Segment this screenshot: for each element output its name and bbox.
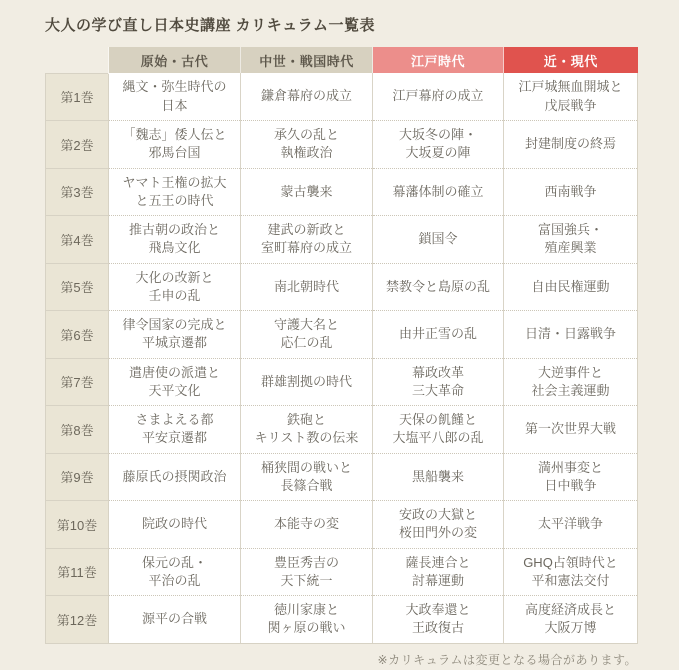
topic-cell: 推古朝の政治と飛鳥文化 bbox=[109, 216, 241, 264]
topic-cell: 高度経済成長と大阪万博 bbox=[504, 596, 638, 644]
table-body: 第1巻縄文・弥生時代の日本鎌倉幕府の成立江戸幕府の成立江戸城無血開城と戊辰戦争第… bbox=[46, 73, 638, 643]
topic-cell: 蒙古襲来 bbox=[241, 168, 373, 216]
topic-cell: 安政の大獄と桜田門外の変 bbox=[373, 501, 504, 549]
volume-label: 第8巻 bbox=[46, 406, 109, 454]
topic-cell: GHQ占領時代と平和憲法交付 bbox=[504, 548, 638, 596]
volume-label: 第1巻 bbox=[46, 73, 109, 121]
table-row: 第4巻推古朝の政治と飛鳥文化建武の新政と室町幕府の成立鎖国令富国強兵・殖産興業 bbox=[46, 216, 638, 264]
footnote: ※カリキュラムは変更となる場合があります。 bbox=[45, 651, 637, 668]
volume-label: 第9巻 bbox=[46, 453, 109, 501]
topic-cell: 富国強兵・殖産興業 bbox=[504, 216, 638, 264]
table-row: 第12巻源平の合戦徳川家康と関ヶ原の戦い大政奉還と王政復古高度経済成長と大阪万博 bbox=[46, 596, 638, 644]
corner-cell bbox=[46, 47, 109, 73]
table-row: 第2巻「魏志」倭人伝と邪馬台国承久の乱と執権政治大坂冬の陣・大坂夏の陣封建制度の… bbox=[46, 121, 638, 169]
table-row: 第10巻院政の時代本能寺の変安政の大獄と桜田門外の変太平洋戦争 bbox=[46, 501, 638, 549]
table-row: 第5巻大化の改新と壬申の乱南北朝時代禁教令と島原の乱自由民権運動 bbox=[46, 263, 638, 311]
topic-cell: 自由民権運動 bbox=[504, 263, 638, 311]
volume-label: 第6巻 bbox=[46, 311, 109, 359]
topic-cell: 豊臣秀吉の天下統一 bbox=[241, 548, 373, 596]
topic-cell: 大化の改新と壬申の乱 bbox=[109, 263, 241, 311]
column-header-1: 原始・古代 bbox=[109, 47, 241, 73]
topic-cell: 源平の合戦 bbox=[109, 596, 241, 644]
curriculum-table: 原始・古代中世・戦国時代江戸時代近・現代 第1巻縄文・弥生時代の日本鎌倉幕府の成… bbox=[45, 47, 638, 644]
topic-cell: 本能寺の変 bbox=[241, 501, 373, 549]
page-title: 大人の学び直し日本史講座 カリキュラム一覧表 bbox=[45, 14, 637, 35]
topic-cell: 「魏志」倭人伝と邪馬台国 bbox=[109, 121, 241, 169]
topic-cell: 桶狭間の戦いと長篠合戦 bbox=[241, 453, 373, 501]
topic-cell: 建武の新政と室町幕府の成立 bbox=[241, 216, 373, 264]
topic-cell: 南北朝時代 bbox=[241, 263, 373, 311]
topic-cell: さまよえる都平安京遷都 bbox=[109, 406, 241, 454]
topic-cell: 律令国家の完成と平城京遷都 bbox=[109, 311, 241, 359]
table-row: 第11巻保元の乱・平治の乱豊臣秀吉の天下統一薩長連合と討幕運動GHQ占領時代と平… bbox=[46, 548, 638, 596]
topic-cell: 由井正雪の乱 bbox=[373, 311, 504, 359]
page: 大人の学び直し日本史講座 カリキュラム一覧表 原始・古代中世・戦国時代江戸時代近… bbox=[0, 0, 679, 668]
topic-cell: 保元の乱・平治の乱 bbox=[109, 548, 241, 596]
topic-cell: 鎖国令 bbox=[373, 216, 504, 264]
topic-cell: 江戸幕府の成立 bbox=[373, 73, 504, 121]
volume-label: 第12巻 bbox=[46, 596, 109, 644]
topic-cell: 封建制度の終焉 bbox=[504, 121, 638, 169]
topic-cell: 幕藩体制の確立 bbox=[373, 168, 504, 216]
column-header-4: 近・現代 bbox=[504, 47, 638, 73]
topic-cell: 満州事変と日中戦争 bbox=[504, 453, 638, 501]
topic-cell: 鎌倉幕府の成立 bbox=[241, 73, 373, 121]
topic-cell: 群雄割拠の時代 bbox=[241, 358, 373, 406]
volume-label: 第4巻 bbox=[46, 216, 109, 264]
header-row: 原始・古代中世・戦国時代江戸時代近・現代 bbox=[46, 47, 638, 73]
volume-label: 第7巻 bbox=[46, 358, 109, 406]
column-header-2: 中世・戦国時代 bbox=[241, 47, 373, 73]
topic-cell: 藤原氏の摂関政治 bbox=[109, 453, 241, 501]
topic-cell: 幕政改革三大革命 bbox=[373, 358, 504, 406]
topic-cell: 西南戦争 bbox=[504, 168, 638, 216]
topic-cell: 日清・日露戦争 bbox=[504, 311, 638, 359]
volume-label: 第2巻 bbox=[46, 121, 109, 169]
table-row: 第7巻遣唐使の派遣と天平文化群雄割拠の時代幕政改革三大革命大逆事件と社会主義運動 bbox=[46, 358, 638, 406]
topic-cell: ヤマト王権の拡大と五王の時代 bbox=[109, 168, 241, 216]
volume-label: 第10巻 bbox=[46, 501, 109, 549]
topic-cell: 大政奉還と王政復古 bbox=[373, 596, 504, 644]
topic-cell: 院政の時代 bbox=[109, 501, 241, 549]
topic-cell: 第一次世界大戦 bbox=[504, 406, 638, 454]
table-row: 第8巻さまよえる都平安京遷都鉄砲とキリスト教の伝来天保の飢饉と大塩平八郎の乱第一… bbox=[46, 406, 638, 454]
topic-cell: 大坂冬の陣・大坂夏の陣 bbox=[373, 121, 504, 169]
topic-cell: 縄文・弥生時代の日本 bbox=[109, 73, 241, 121]
table-row: 第9巻藤原氏の摂関政治桶狭間の戦いと長篠合戦黒船襲来満州事変と日中戦争 bbox=[46, 453, 638, 501]
volume-label: 第11巻 bbox=[46, 548, 109, 596]
column-header-3: 江戸時代 bbox=[373, 47, 504, 73]
topic-cell: 黒船襲来 bbox=[373, 453, 504, 501]
topic-cell: 薩長連合と討幕運動 bbox=[373, 548, 504, 596]
table-row: 第6巻律令国家の完成と平城京遷都守護大名と応仁の乱由井正雪の乱日清・日露戦争 bbox=[46, 311, 638, 359]
topic-cell: 大逆事件と社会主義運動 bbox=[504, 358, 638, 406]
volume-label: 第3巻 bbox=[46, 168, 109, 216]
topic-cell: 守護大名と応仁の乱 bbox=[241, 311, 373, 359]
topic-cell: 天保の飢饉と大塩平八郎の乱 bbox=[373, 406, 504, 454]
table-row: 第1巻縄文・弥生時代の日本鎌倉幕府の成立江戸幕府の成立江戸城無血開城と戊辰戦争 bbox=[46, 73, 638, 121]
table-row: 第3巻ヤマト王権の拡大と五王の時代蒙古襲来幕藩体制の確立西南戦争 bbox=[46, 168, 638, 216]
topic-cell: 江戸城無血開城と戊辰戦争 bbox=[504, 73, 638, 121]
table-header: 原始・古代中世・戦国時代江戸時代近・現代 bbox=[46, 47, 638, 73]
topic-cell: 遣唐使の派遣と天平文化 bbox=[109, 358, 241, 406]
topic-cell: 承久の乱と執権政治 bbox=[241, 121, 373, 169]
topic-cell: 太平洋戦争 bbox=[504, 501, 638, 549]
topic-cell: 禁教令と島原の乱 bbox=[373, 263, 504, 311]
volume-label: 第5巻 bbox=[46, 263, 109, 311]
topic-cell: 鉄砲とキリスト教の伝来 bbox=[241, 406, 373, 454]
topic-cell: 徳川家康と関ヶ原の戦い bbox=[241, 596, 373, 644]
